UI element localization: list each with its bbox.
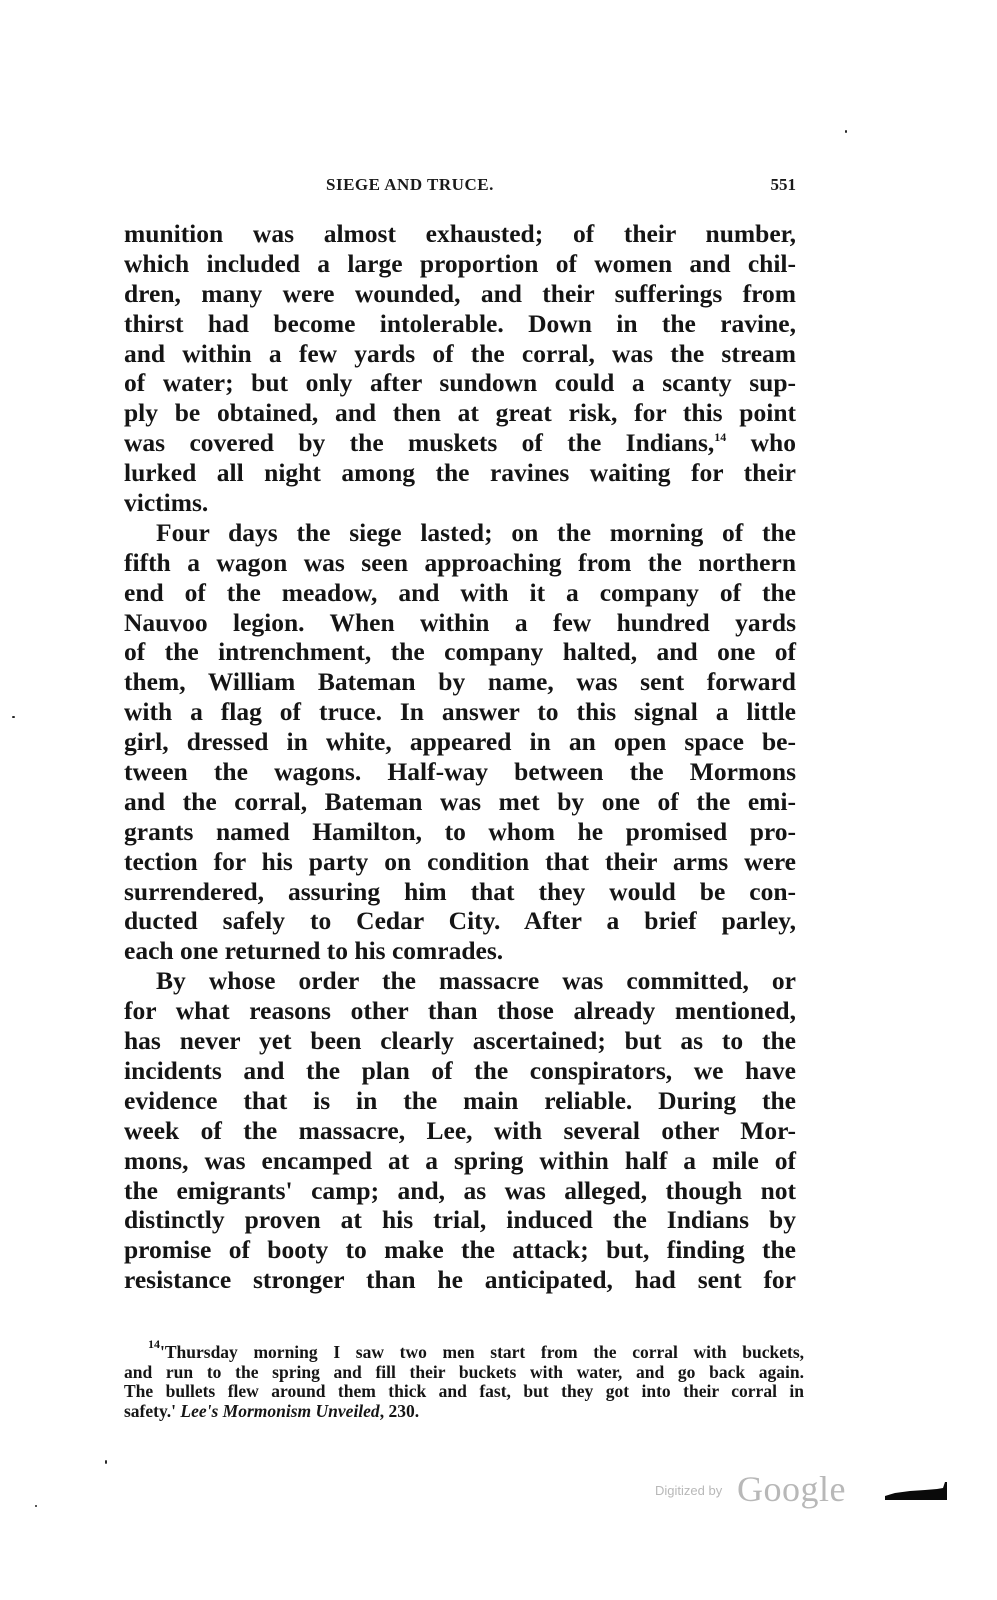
scan-speck [35, 1505, 37, 1507]
text-line: ducted safely to Cedar City. After a bri… [124, 906, 796, 936]
scan-speck [105, 1460, 107, 1464]
text-line: ply be obtained, and then at great risk,… [124, 398, 796, 428]
text-line: tection for his party on condition that … [124, 847, 796, 877]
paragraph-start-line: Four days the siege lasted; on the morni… [124, 518, 796, 548]
footnote-block: 14'Thursday morning I saw two men start … [124, 1343, 804, 1421]
text-line: for what reasons other than those alread… [124, 996, 796, 1026]
text-line: dren, many were wounded, and their suffe… [124, 279, 796, 309]
text-line: and within a few yards of the corral, wa… [124, 339, 796, 369]
text-line: resistance stronger than he anticipated,… [124, 1265, 796, 1295]
text-line: the emigrants' camp; and, as was alleged… [124, 1176, 796, 1206]
scan-speck [12, 716, 15, 718]
citation-title: Lee's Mormonism Unveiled [180, 1401, 379, 1421]
text-line-with-footnote: was covered by the muskets of the Indian… [124, 428, 796, 458]
text-line: end of the meadow, and with it a company… [124, 578, 796, 608]
text-line: has never yet been clearly ascertained; … [124, 1026, 796, 1056]
text-line: of water; but only after sundown could a… [124, 368, 796, 398]
text-line: incidents and the plan of the conspirato… [124, 1056, 796, 1086]
text-line: fifth a wagon was seen approaching from … [124, 548, 796, 578]
footnote-text: safety.' [124, 1401, 180, 1421]
text-line: thirst had become intolerable. Down in t… [124, 309, 796, 339]
text-line: lurked all night among the ravines waiti… [124, 458, 796, 488]
digitized-by-google-watermark: Digitized by Google [655, 1468, 865, 1508]
paragraph-start-line: By whose order the massacre was committe… [124, 966, 796, 996]
footnote-text: 'Thursday morning I saw two men start fr… [160, 1342, 804, 1362]
footnote-reference[interactable]: 14 [714, 430, 726, 444]
body-text: munition was almost exhausted; of their … [124, 219, 796, 1295]
text-line: distinctly proven at his trial, induced … [124, 1205, 796, 1235]
footnote-line: 14'Thursday morning I saw two men start … [124, 1343, 804, 1363]
text-line: them, William Bateman by name, was sent … [124, 667, 796, 697]
running-head: SIEGE AND TRUCE. 551 [124, 175, 796, 199]
text-line: victims. [124, 488, 796, 518]
text-line: and the corral, Bateman was met by one o… [124, 787, 796, 817]
text-line: tween the wagons. Half-way between the M… [124, 757, 796, 787]
text-line: Nauvoo legion. When within a few hundred… [124, 608, 796, 638]
footnote-line: and run to the spring and fill their buc… [124, 1363, 804, 1383]
text-line: which included a large proportion of wom… [124, 249, 796, 279]
text-line: with a flag of truce. In answer to this … [124, 697, 796, 727]
text-fragment: who [726, 428, 796, 457]
footnote-line: The bullets flew around them thick and f… [124, 1382, 804, 1402]
footnote-citation-line: safety.' Lee's Mormonism Unveiled, 230. [124, 1402, 804, 1422]
watermark-prefix: Digitized by [655, 1483, 722, 1498]
book-page: SIEGE AND TRUCE. 551 munition was almost… [0, 0, 997, 1600]
text-fragment: was covered by the muskets of the Indian… [124, 428, 714, 457]
scan-speck [845, 130, 847, 133]
text-line: girl, dressed in white, appeared in an o… [124, 727, 796, 757]
text-line: mons, was encamped at a spring within ha… [124, 1146, 796, 1176]
text-line: promise of booty to make the attack; but… [124, 1235, 796, 1265]
footnote-marker: 14 [148, 1337, 160, 1351]
text-line: surrendered, assuring him that they woul… [124, 877, 796, 907]
text-line: of the intrenchment, the company halted,… [124, 637, 796, 667]
text-line: each one returned to his comrades. [124, 936, 796, 966]
scan-artifact-icon [885, 1480, 950, 1500]
text-line: munition was almost exhausted; of their … [124, 219, 796, 249]
text-line: evidence that is in the main reliable. D… [124, 1086, 796, 1116]
citation-page: , 230. [380, 1401, 419, 1421]
text-line: week of the massacre, Lee, with several … [124, 1116, 796, 1146]
text-line: grants named Hamilton, to whom he promis… [124, 817, 796, 847]
google-logo-text: Google [737, 1468, 846, 1510]
page-number: 551 [771, 175, 797, 195]
running-title: SIEGE AND TRUCE. [326, 175, 494, 195]
